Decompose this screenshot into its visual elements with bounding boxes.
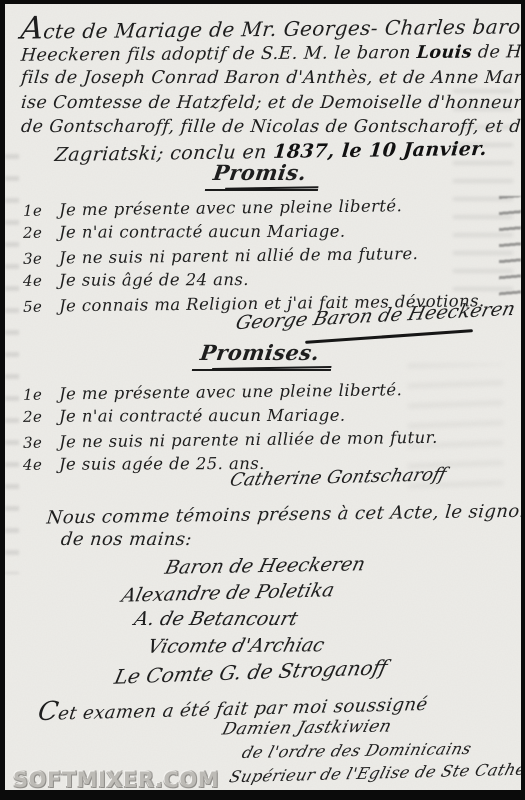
promis-item-3: 3e Je ne suis ni parent ni allié de ma f…: [23, 243, 493, 269]
watermark: SOFTMIXER.COM: [13, 768, 219, 792]
promises-heading-text: Promises.: [191, 340, 334, 371]
header-line-2-pre: Heeckeren fils adoptif de S.E. M. le bar…: [20, 42, 417, 65]
item-number: 5e: [23, 296, 59, 316]
header-line-6-date: 1837, le 10 Janvier.: [272, 137, 488, 162]
header-line-4: ise Comtesse de Hatzfeld; et de Demoisel…: [20, 91, 516, 116]
header-line-2: Heeckeren fils adoptif de S.E. M. le bar…: [20, 40, 516, 68]
promis-heading-text: Promis.: [204, 160, 321, 191]
header-line-2-name: Louis: [416, 42, 473, 62]
item-text: Je ne suis ni parente ni alliée de mon f…: [59, 428, 438, 453]
item-number: 1e: [23, 384, 59, 404]
promises-item-1: 1e Je me présente avec une pleine libert…: [23, 379, 493, 405]
right-edge-ink-marks: [499, 196, 521, 301]
header-line-1: Acte de Mariage de Mr. Georges- Charles …: [19, 11, 516, 44]
item-number: 2e: [23, 223, 59, 243]
item-number: 1e: [23, 200, 59, 220]
promis-items: 1e Je me présente avec une pleine libert…: [23, 198, 493, 318]
priest-signature-name: Damien Jastkiwien: [220, 717, 394, 740]
promises-items: 1e Je me présente avec une pleine libert…: [23, 382, 493, 478]
header-line-5: de Gontscharoff, fille de Nicolas de Gon…: [20, 115, 516, 140]
header-line-3: fils de Joseph Conrad Baron d'Anthès, et…: [20, 66, 516, 91]
witness-signature: A. de Betancourt: [0, 606, 477, 633]
item-text: Je me présente avec une pleine liberté.: [59, 196, 402, 220]
item-text: Je me présente avec une pleine liberté.: [59, 380, 402, 404]
item-number: 3e: [23, 248, 59, 268]
item-text: Je ne suis ni parent ni allié de ma futu…: [59, 244, 418, 268]
bride-signature: Catherine Gontscharoff: [228, 464, 449, 491]
witness-signatures: Baron de Heeckeren Alexandre de Poletika…: [5, 553, 521, 686]
promises-item-2: 2e Je n'ai contracté aucun Mariage.: [23, 405, 493, 427]
promises-heading: Promises.: [5, 340, 521, 371]
priest-signature-order: de l'ordre des Dominicains: [240, 739, 474, 762]
header-line-2-post: de Heeckeren: [471, 41, 525, 62]
promis-item-2: 2e Je n'ai contracté aucun Mariage.: [23, 221, 493, 243]
promises-item-3: 3e Je ne suis ni parente ni alliée de mo…: [23, 427, 493, 453]
item-number: 2e: [23, 407, 59, 427]
item-text: Je n'ai contracté aucun Mariage.: [59, 406, 346, 427]
witnesses-intro-line-2: de nos mains:: [60, 529, 193, 550]
item-number: 4e: [23, 271, 59, 291]
scanned-marriage-act: Acte de Mariage de Mr. Georges- Charles …: [0, 0, 525, 800]
act-header: Acte de Mariage de Mr. Georges- Charles …: [21, 14, 515, 164]
promis-item-1: 1e Je me présente avec une pleine libert…: [23, 195, 493, 221]
item-text: Je suis âgé de 24 ans.: [59, 270, 249, 291]
item-text: Je n'ai contracté aucun Mariage.: [59, 222, 346, 243]
priest-signature-title: Supérieur de l'Eglise de Ste Catherine: [227, 759, 525, 787]
promis-heading: Promis.: [5, 160, 521, 191]
promis-item-4: 4e Je suis âgé de 24 ans.: [23, 269, 493, 291]
item-number: 3e: [23, 432, 59, 452]
witnesses-intro-line-1: Nous comme témoins présens à cet Acte, l…: [46, 501, 525, 529]
item-number: 4e: [23, 455, 59, 475]
